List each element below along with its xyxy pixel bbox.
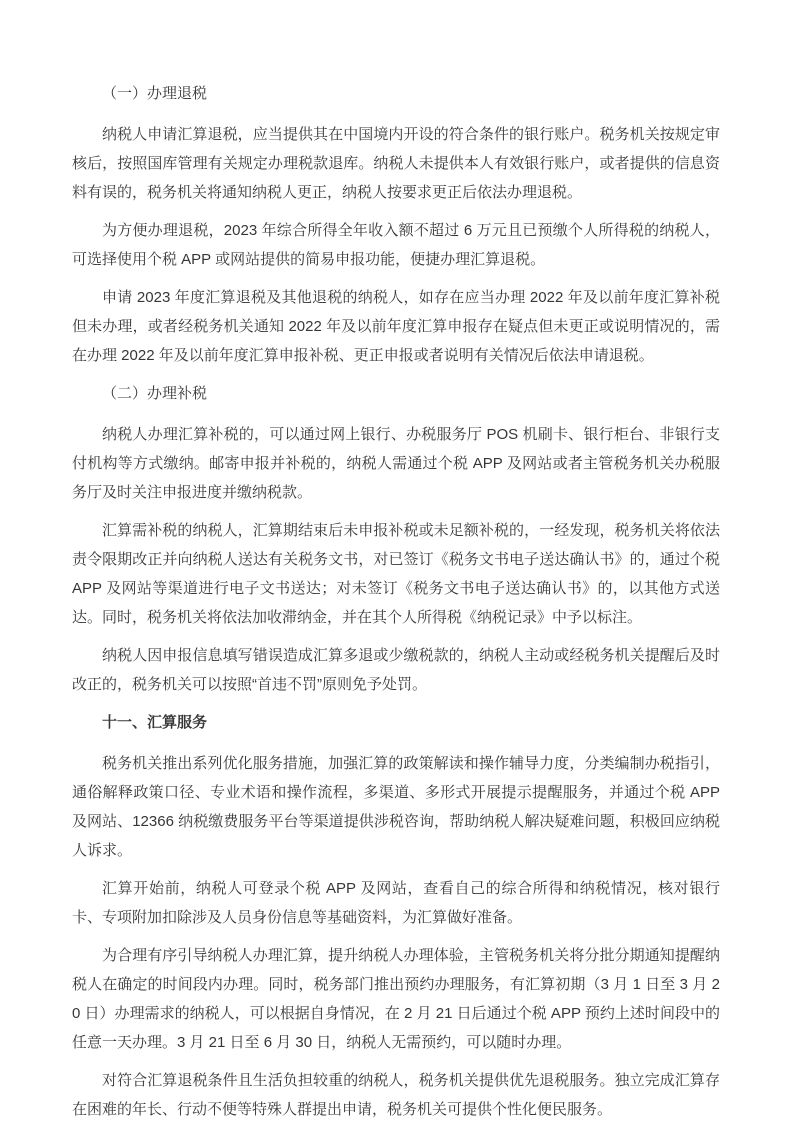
paragraph-simple-declaration: 为方便办理退税，2023 年综合所得全年收入额不超过 6 万元且已预缴个人所得税… — [72, 216, 720, 274]
paragraph-overdue-payment-consequences: 汇算需补税的纳税人，汇算期结束后未申报补税或未足额补税的，一经发现，税务机关将依… — [72, 516, 720, 632]
paragraph-appointment-service: 为合理有序引导纳税人办理汇算，提升纳税人办理体验，主管税务机关将分批分期通知提醒… — [72, 941, 720, 1057]
subsection-heading-refund: （一）办理退税 — [72, 79, 720, 108]
document-page: （一）办理退税 纳税人申请汇算退税，应当提供其在中国境内开设的符合条件的银行账户… — [0, 0, 793, 1122]
subsection-heading-supplementary-tax: （二）办理补税 — [72, 379, 720, 408]
section-heading-settlement-services: 十一、汇算服务 — [72, 708, 720, 737]
paragraph-refund-bank-account: 纳税人申请汇算退税，应当提供其在中国境内开设的符合条件的银行账户。税务机关按规定… — [72, 120, 720, 207]
paragraph-priority-refund-service: 对符合汇算退税条件且生活负担较重的纳税人，税务机关提供优先退税服务。独立完成汇算… — [72, 1066, 720, 1122]
paragraph-first-violation-exemption: 纳税人因申报信息填写错误造成汇算多退或少缴税款的，纳税人主动或经税务机关提醒后及… — [72, 641, 720, 699]
paragraph-service-measures: 税务机关推出系列优化服务措施，加强汇算的政策解读和操作辅导力度，分类编制办税指引… — [72, 749, 720, 865]
paragraph-prior-year-conditions: 申请 2023 年度汇算退税及其他退税的纳税人，如存在应当办理 2022 年及以… — [72, 283, 720, 370]
paragraph-preparation-before-settlement: 汇算开始前，纳税人可登录个税 APP 及网站，查看自己的综合所得和纳税情况，核对… — [72, 874, 720, 932]
paragraph-payment-methods: 纳税人办理汇算补税的，可以通过网上银行、办税服务厅 POS 机刷卡、银行柜台、非… — [72, 420, 720, 507]
